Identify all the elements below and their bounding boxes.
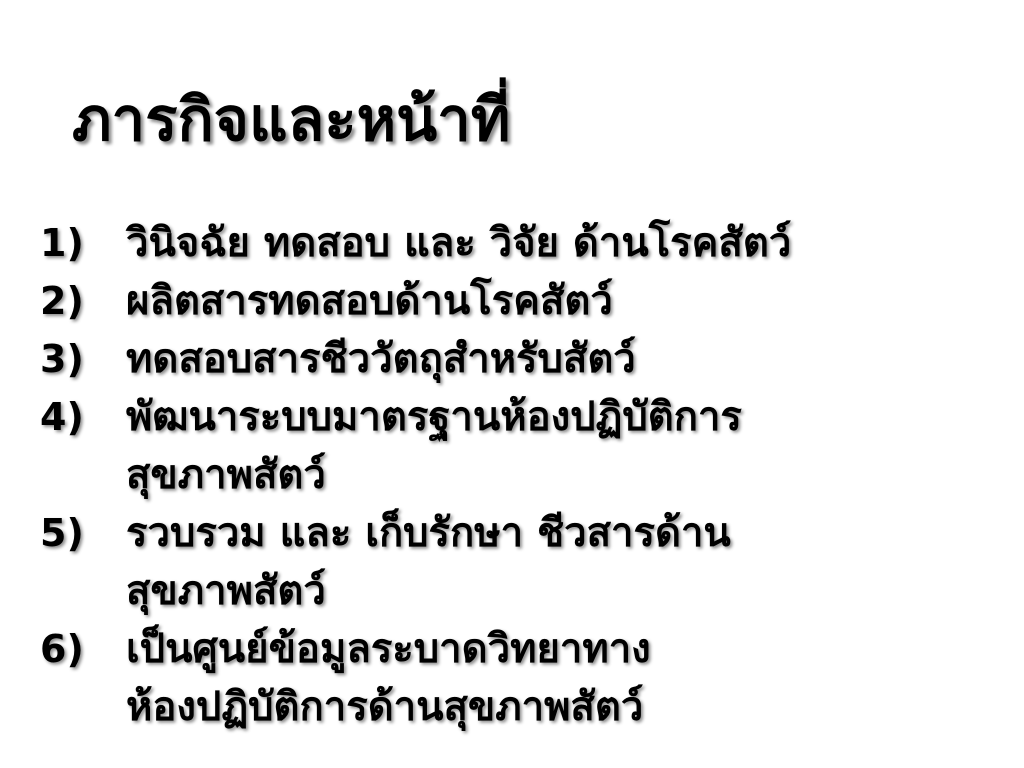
list-item-6: 6) เป็นศูนย์ข้อมูลระบาดวิทยาทาง ห้องปฏิบ… [40,620,990,736]
list-item-line: ผลิตสารทดสอบด้านโรคสัตว์ [126,272,906,330]
list-item-4: 4) พัฒนาระบบมาตรฐานห้องปฏิบัติการ สุขภาพ… [40,388,990,504]
list-number: 3) [40,330,126,388]
list-item-text: เป็นศูนย์ข้อมูลระบาดวิทยาทาง ห้องปฏิบัติ… [126,620,906,736]
list-item-line: สุขภาพสัตว์ [126,446,906,504]
list-item-text: ผลิตสารทดสอบด้านโรคสัตว์ [126,272,906,330]
mission-list: 1) วินิจฉัย ทดสอบ และ วิจัย ด้านโรคสัตว์… [40,214,990,736]
list-number: 2) [40,272,126,330]
list-item-text: วินิจฉัย ทดสอบ และ วิจัย ด้านโรคสัตว์ [126,214,906,272]
list-item-5: 5) รวบรวม และ เก็บรักษา ชีวสารด้าน สุขภา… [40,504,990,620]
list-item-1: 1) วินิจฉัย ทดสอบ และ วิจัย ด้านโรคสัตว์ [40,214,990,272]
list-item-text: พัฒนาระบบมาตรฐานห้องปฏิบัติการ สุขภาพสัต… [126,388,906,504]
list-item-line: ทดสอบสารชีววัตถุสำหรับสัตว์ [126,330,906,388]
list-number: 5) [40,504,126,562]
list-number: 6) [40,620,126,678]
list-item-text: รวบรวม และ เก็บรักษา ชีวสารด้าน สุขภาพสั… [126,504,906,620]
list-item-line: สุขภาพสัตว์ [126,562,906,620]
list-item-line: วินิจฉัย ทดสอบ และ วิจัย ด้านโรคสัตว์ [126,214,906,272]
list-item-line: ห้องปฏิบัติการด้านสุขภาพสัตว์ [126,678,906,736]
list-item-line: พัฒนาระบบมาตรฐานห้องปฏิบัติการ [126,388,906,446]
slide: ภารกิจและหน้าที่ 1) วินิจฉัย ทดสอบ และ ว… [0,0,1024,768]
list-item-line: รวบรวม และ เก็บรักษา ชีวสารด้าน [126,504,906,562]
slide-title: ภารกิจและหน้าที่ [72,84,510,156]
list-item-text: ทดสอบสารชีววัตถุสำหรับสัตว์ [126,330,906,388]
list-item-3: 3) ทดสอบสารชีววัตถุสำหรับสัตว์ [40,330,990,388]
list-number: 4) [40,388,126,446]
list-item-line: เป็นศูนย์ข้อมูลระบาดวิทยาทาง [126,620,906,678]
list-number: 1) [40,214,126,272]
list-item-2: 2) ผลิตสารทดสอบด้านโรคสัตว์ [40,272,990,330]
